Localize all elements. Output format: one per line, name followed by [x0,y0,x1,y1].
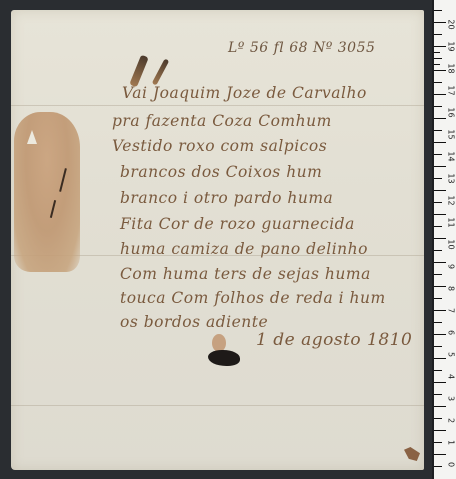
ruler-tick [434,430,446,431]
ruler-tick [434,70,446,71]
ruler-tick [434,130,442,131]
text-line: pra fazenta Coza Comhum [112,112,332,130]
ruler-tick [434,82,442,83]
ruler-tick [434,238,446,239]
ruler-tick [434,34,442,35]
ruler-label: 1 [447,436,456,450]
ruler-tick [434,418,442,419]
ruler-tick [434,262,446,263]
ruler-tick [434,166,446,167]
text-line: touca Com folhos de reda i hum [120,289,386,307]
text-line: Com huma ters de sejas huma [120,265,371,283]
ruler-tick [434,142,446,143]
ruler-label: 18 [447,62,456,76]
ruler-label: 20 [447,18,456,32]
ruler-tick [434,118,446,119]
ruler-tick [434,94,446,95]
ruler-tick [434,226,442,227]
ruler-label: 10 [447,238,456,252]
wax-seal-stain [14,112,80,272]
ruler-tick [434,202,442,203]
ruler-label: 12 [447,194,456,208]
ruler-label: 11 [447,216,456,230]
text-line: Vai Joaquim Joze de Carvalho [122,84,367,102]
text-line: os bordos adiente [120,313,268,331]
ruler-tick [434,10,442,11]
ruler-label: 9 [447,260,456,274]
ruler-label: 5 [447,348,456,362]
ruler-label: 7 [447,304,456,318]
ruler-tick [434,298,442,299]
text-line: huma camiza de pano delinho [120,240,368,258]
text-line: Vestido roxo com salpicos [112,137,327,155]
ruler-tick [434,346,442,347]
ruler-tick [434,406,446,407]
ruler-tick [434,58,442,59]
ruler-label: 2 [447,414,456,428]
text-line: branco i otro pardo huma [120,189,333,207]
ruler-label: 19 [447,40,456,54]
ruler-tick [434,250,442,251]
ruler-tick [434,334,446,335]
ruler-tick [434,358,446,359]
ruler-label: 0 [447,458,456,472]
ruler-tick [434,454,446,455]
ruler-tick [434,214,446,215]
ruler-tick [434,46,446,47]
ruler-tick [434,22,446,23]
ruler-tick [434,286,446,287]
ruler-tick [434,178,442,179]
ruler-label: 17 [447,84,456,98]
ruler-label: 14 [447,150,456,164]
text-line: Fita Cor de rozo guarnecida [120,215,355,233]
ruler-tick [434,466,442,467]
document-date: 1 de agosto 1810 [256,330,412,350]
ruler-label: 8 [447,282,456,296]
ruler-tick [434,322,442,323]
ruler-label: 15 [447,128,456,142]
measurement-ruler: 20 19 18 17 16 15 14 13 12 11 10 9 8 7 6… [432,0,456,479]
ruler-tick [434,310,446,311]
ruler-tick [434,64,440,65]
ruler-tick [434,382,446,383]
ruler-tick [434,442,442,443]
ruler-tick [434,394,442,395]
ruler-label: 4 [447,370,456,384]
fold-line [11,405,424,406]
ruler-label: 13 [447,172,456,186]
fold-line [11,105,424,106]
ruler-tick [434,52,440,53]
ruler-tick [434,190,446,191]
ruler-tick [434,370,442,371]
ruler-tick [434,154,442,155]
ruler-tick [434,274,442,275]
archive-reference: Lº 56 fl 68 Nº 3055 [228,40,375,56]
ruler-label: 16 [447,106,456,120]
ruler-label: 6 [447,326,456,340]
text-line: brancos dos Coixos hum [120,163,322,181]
ruler-tick [434,106,442,107]
ruler-label: 3 [447,392,456,406]
